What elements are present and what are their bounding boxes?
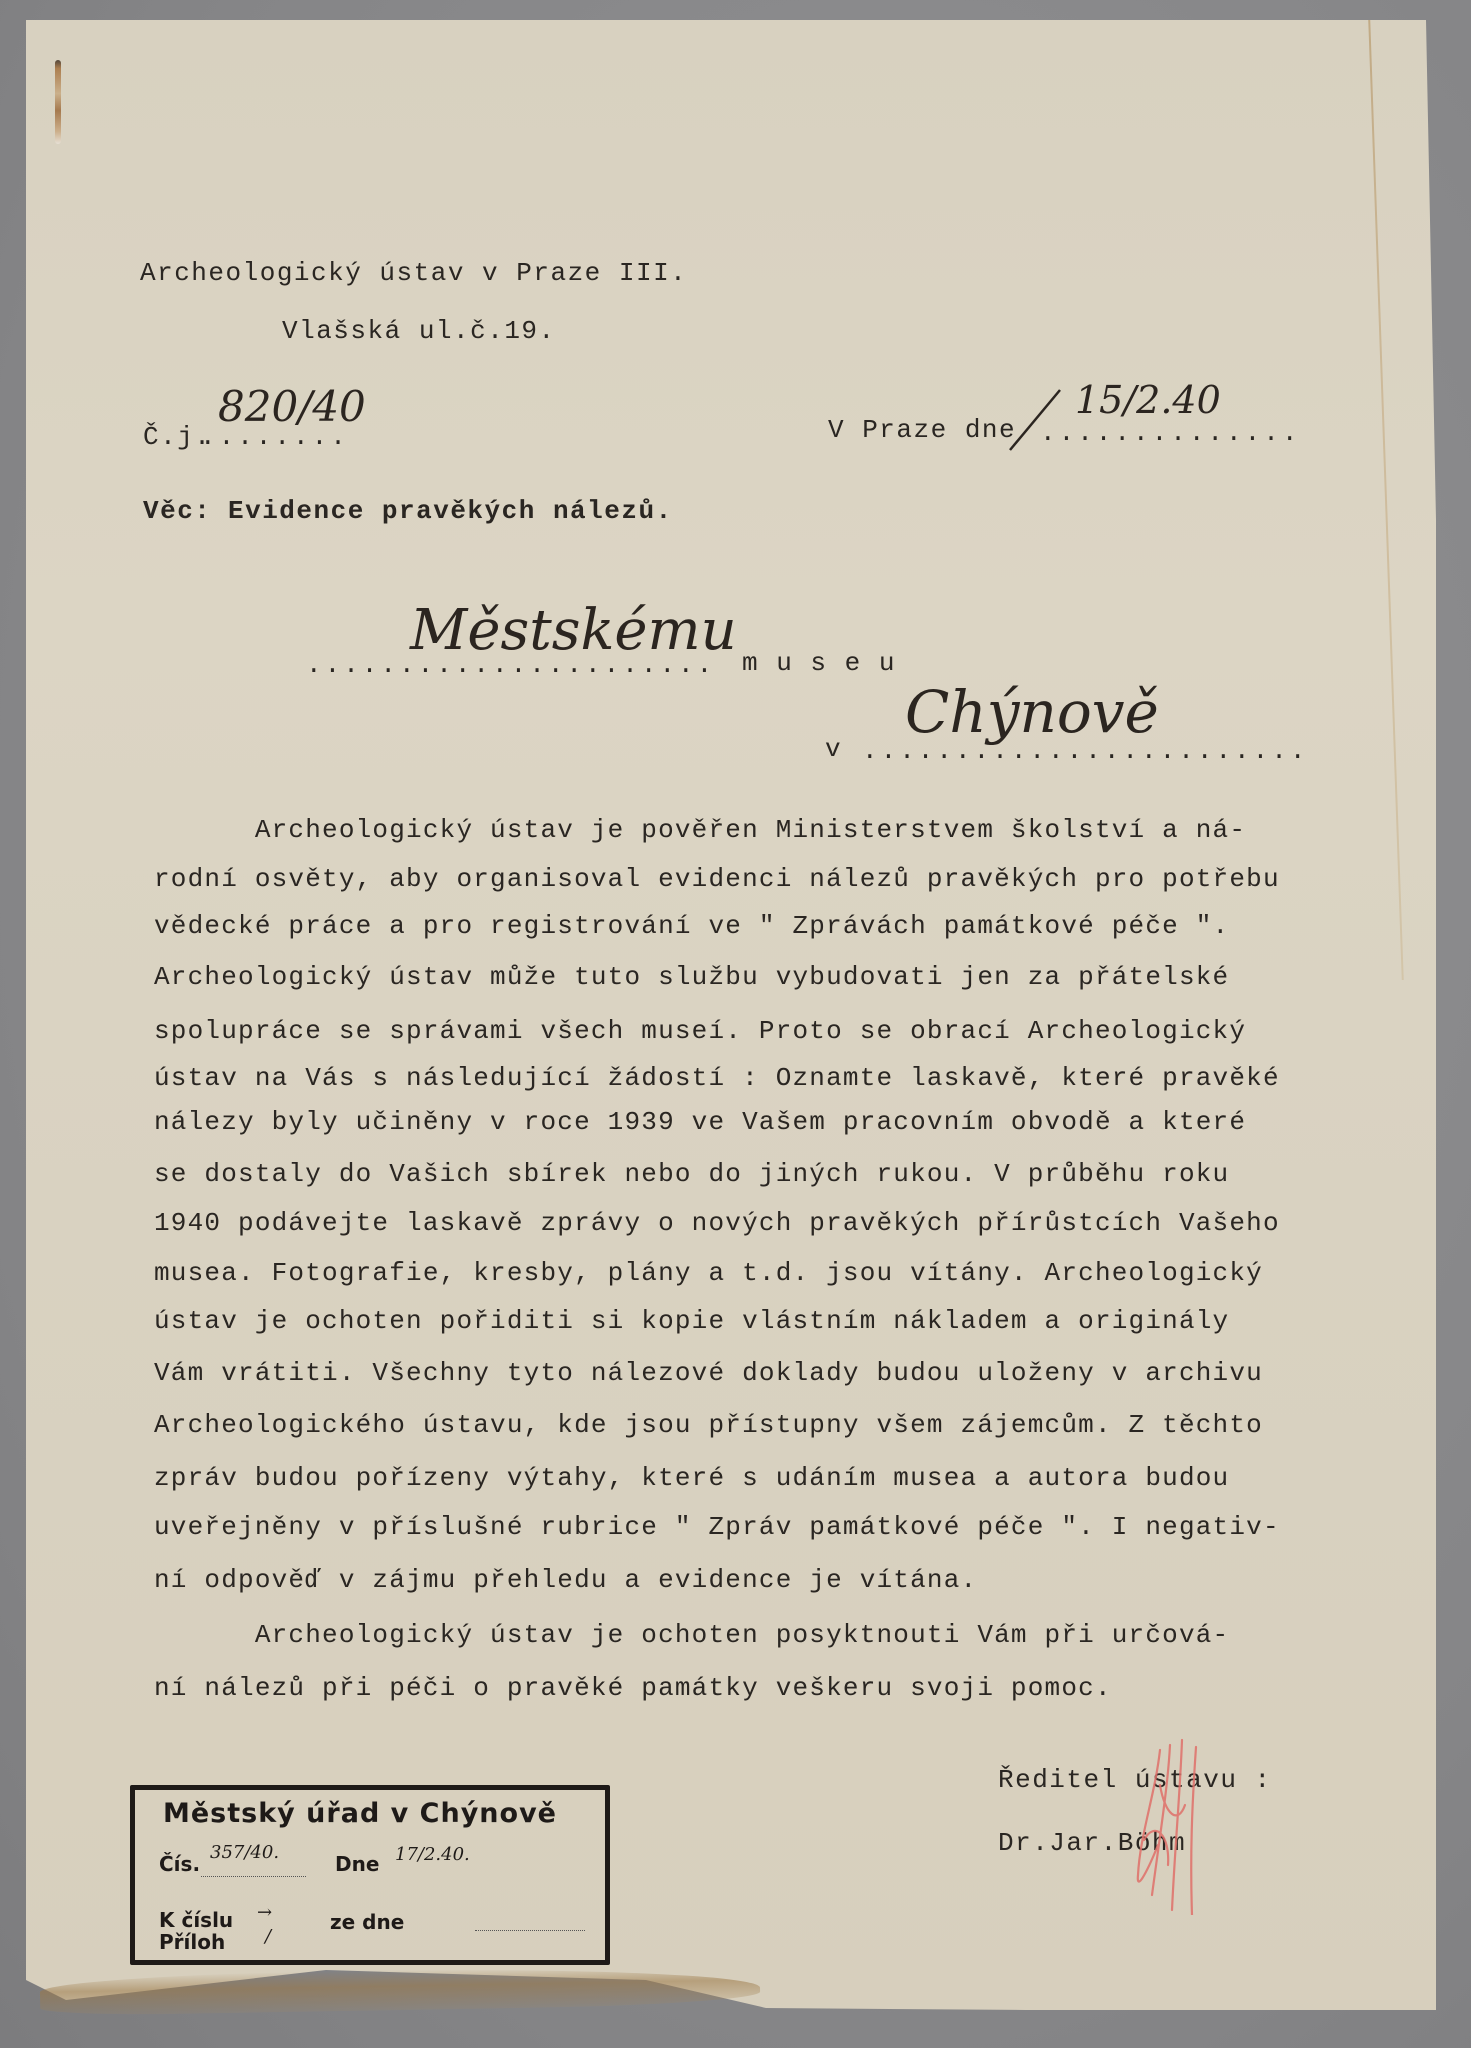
letterhead-institution: Archeologický ústav v Praze III. xyxy=(140,258,687,288)
stamp-number-dotted-line xyxy=(201,1876,306,1877)
date-label: V Praze dne xyxy=(828,415,1016,445)
body-line: 1940 podávejte laskavě zprávy o nových p… xyxy=(154,1208,1280,1238)
body-line: Archeologický ústav může tuto službu vyb… xyxy=(154,962,1229,992)
stamp-date-label: Dne xyxy=(335,1852,379,1876)
stamp-attachments-label: Příloh xyxy=(159,1930,225,1954)
body-line: Vám vrátiti. Všechny tyto nálezové dokla… xyxy=(154,1358,1263,1388)
addressee-typed-museum: m u s e u xyxy=(742,648,896,678)
addressee-handwritten-name: Městskému xyxy=(410,598,737,663)
body-line: rodní osvěty, aby organisoval evidenci n… xyxy=(154,864,1280,894)
stamp-from-label: ze dne xyxy=(330,1910,404,1934)
body-line: vědecké práce a pro registrování ve " Zp… xyxy=(154,911,1229,941)
body-line: uveřejněny v příslušné rubrice " Zpráv p… xyxy=(154,1512,1280,1542)
body-line: Archeologického ústavu, kde jsou přístup… xyxy=(154,1410,1263,1440)
red-pencil-signature xyxy=(1130,1725,1210,1915)
stamp-ref-label: K číslu xyxy=(159,1908,233,1932)
registry-stamp: Městský úřad v Chýnově Čís. 357/40. Dne … xyxy=(130,1785,610,1965)
body-line: ústav je ochoten pořiditi si kopie vlást… xyxy=(154,1306,1229,1336)
stamp-attachments-mark: / xyxy=(265,1926,271,1947)
date-dots: .............. xyxy=(1040,418,1300,448)
stamp-date-handwritten: 17/2.40. xyxy=(395,1844,470,1865)
body-line: spolupráce se správami všech museí. Prot… xyxy=(154,1016,1246,1046)
subject-text: Evidence pravěkých nálezů. xyxy=(228,496,673,526)
stamp-title: Městský úřad v Chýnově xyxy=(163,1798,557,1829)
body-line: zpráv budou pořízeny výtahy, které s udá… xyxy=(154,1463,1229,1493)
reference-handwritten-number: 820/40 xyxy=(218,382,366,431)
addressee-handwritten-place: Chýnově xyxy=(905,678,1159,746)
stamp-from-dotted-line xyxy=(475,1930,585,1931)
body-line: ústav na Vás s následující žádostí : Ozn… xyxy=(154,1063,1280,1093)
body-line: musea. Fotografie, kresby, plány a t.d. … xyxy=(154,1258,1263,1288)
body-line: ní odpověď v zájmu přehledu a evidence j… xyxy=(154,1565,977,1595)
date-handwritten-value: 15/2.40 xyxy=(1075,378,1221,422)
stamp-number-label: Čís. xyxy=(159,1852,200,1876)
staple-rust-mark xyxy=(55,60,61,144)
body-line: se dostaly do Vašich sbírek nebo do jiný… xyxy=(154,1159,1229,1189)
body-line: Archeologický ústav je ochoten posyktnou… xyxy=(154,1620,1229,1650)
body-line: nálezy byly učiněny v roce 1939 ve Vašem… xyxy=(154,1107,1246,1137)
letterhead-address: Vlašská ul.č.19. xyxy=(282,316,556,346)
body-line: ní nálezů při péči o pravěké památky veš… xyxy=(154,1673,1112,1703)
body-line: Archeologický ústav je pověřen Ministers… xyxy=(154,815,1246,845)
stamp-number-handwritten: 357/40. xyxy=(210,1842,279,1863)
addressee-place-prefix: v xyxy=(825,734,842,764)
date-slash-stroke xyxy=(1005,385,1065,455)
subject-label: Věc: xyxy=(143,496,211,526)
stamp-ref-mark: → xyxy=(257,1902,272,1923)
